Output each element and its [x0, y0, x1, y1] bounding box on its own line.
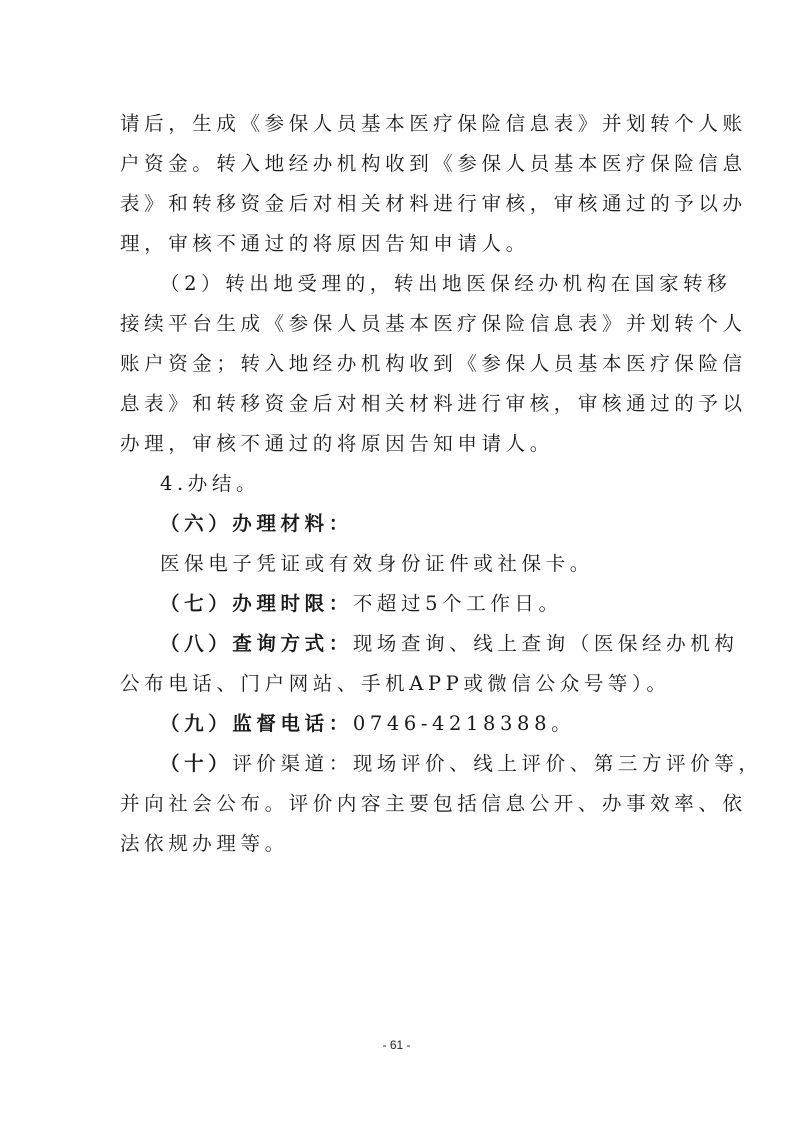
- section-heading-materials: （六）办理材料：: [120, 504, 680, 544]
- document-page: 请后，生成《参保人员基本医疗保险信息表》并划转个人账 户资金。转入地经办机构收到…: [0, 0, 793, 1122]
- section-label: （十）: [160, 752, 232, 775]
- section-label: （六）办理材料：: [160, 512, 353, 535]
- paragraph-line: 公布电话、门户网站、手机APP或微信公众号等）。: [120, 664, 680, 704]
- paragraph-line: 医保电子凭证或有效身份证件或社保卡。: [120, 544, 680, 584]
- paragraph-line: 理，审核不通过的将原因告知申请人。: [120, 224, 680, 264]
- section-supervision-phone: （九）监督电话：0746-4218388。: [120, 704, 680, 744]
- paragraph-line: 法依规办理等。: [120, 824, 680, 864]
- section-time-limit: （七）办理时限：不超过5个工作日。: [120, 584, 680, 624]
- paragraph-line: 账户资金；转入地经办机构收到《参保人员基本医疗保险信: [120, 344, 680, 384]
- section-value: 不超过5个工作日。: [353, 592, 563, 615]
- page-number: - 61 -: [0, 1038, 793, 1052]
- paragraph-line: 办理，审核不通过的将原因告知申请人。: [120, 424, 680, 464]
- step-item: 4.办结。: [120, 464, 680, 504]
- section-label: （七）办理时限：: [160, 592, 353, 615]
- document-body: 请后，生成《参保人员基本医疗保险信息表》并划转个人账 户资金。转入地经办机构收到…: [120, 104, 680, 864]
- section-value: 评价渠道：现场评价、线上评价、第三方评价等，: [232, 752, 762, 775]
- paragraph-line: 息表》和转移资金后对相关材料进行审核，审核通过的予以: [120, 384, 680, 424]
- section-evaluation-channel: （十）评价渠道：现场评价、线上评价、第三方评价等，: [120, 744, 680, 784]
- section-label: （九）监督电话：: [160, 712, 353, 735]
- paragraph-line: 户资金。转入地经办机构收到《参保人员基本医疗保险信息: [120, 144, 680, 184]
- paragraph-line: 并向社会公布。评价内容主要包括信息公开、办事效率、依: [120, 784, 680, 824]
- section-label: （八）查询方式：: [160, 632, 353, 655]
- paragraph-line: 接续平台生成《参保人员基本医疗保险信息表》并划转个人: [120, 304, 680, 344]
- paragraph-line: 请后，生成《参保人员基本医疗保险信息表》并划转个人账: [120, 104, 680, 144]
- paragraph-line: 表》和转移资金后对相关材料进行审核，审核通过的予以办: [120, 184, 680, 224]
- section-value: 现场查询、线上查询（医保经办机构: [353, 632, 739, 655]
- section-query-method: （八）查询方式：现场查询、线上查询（医保经办机构: [120, 624, 680, 664]
- section-value: 0746-4218388。: [353, 712, 575, 735]
- paragraph-line: （2）转出地受理的，转出地医保经办机构在国家转移: [120, 264, 680, 304]
